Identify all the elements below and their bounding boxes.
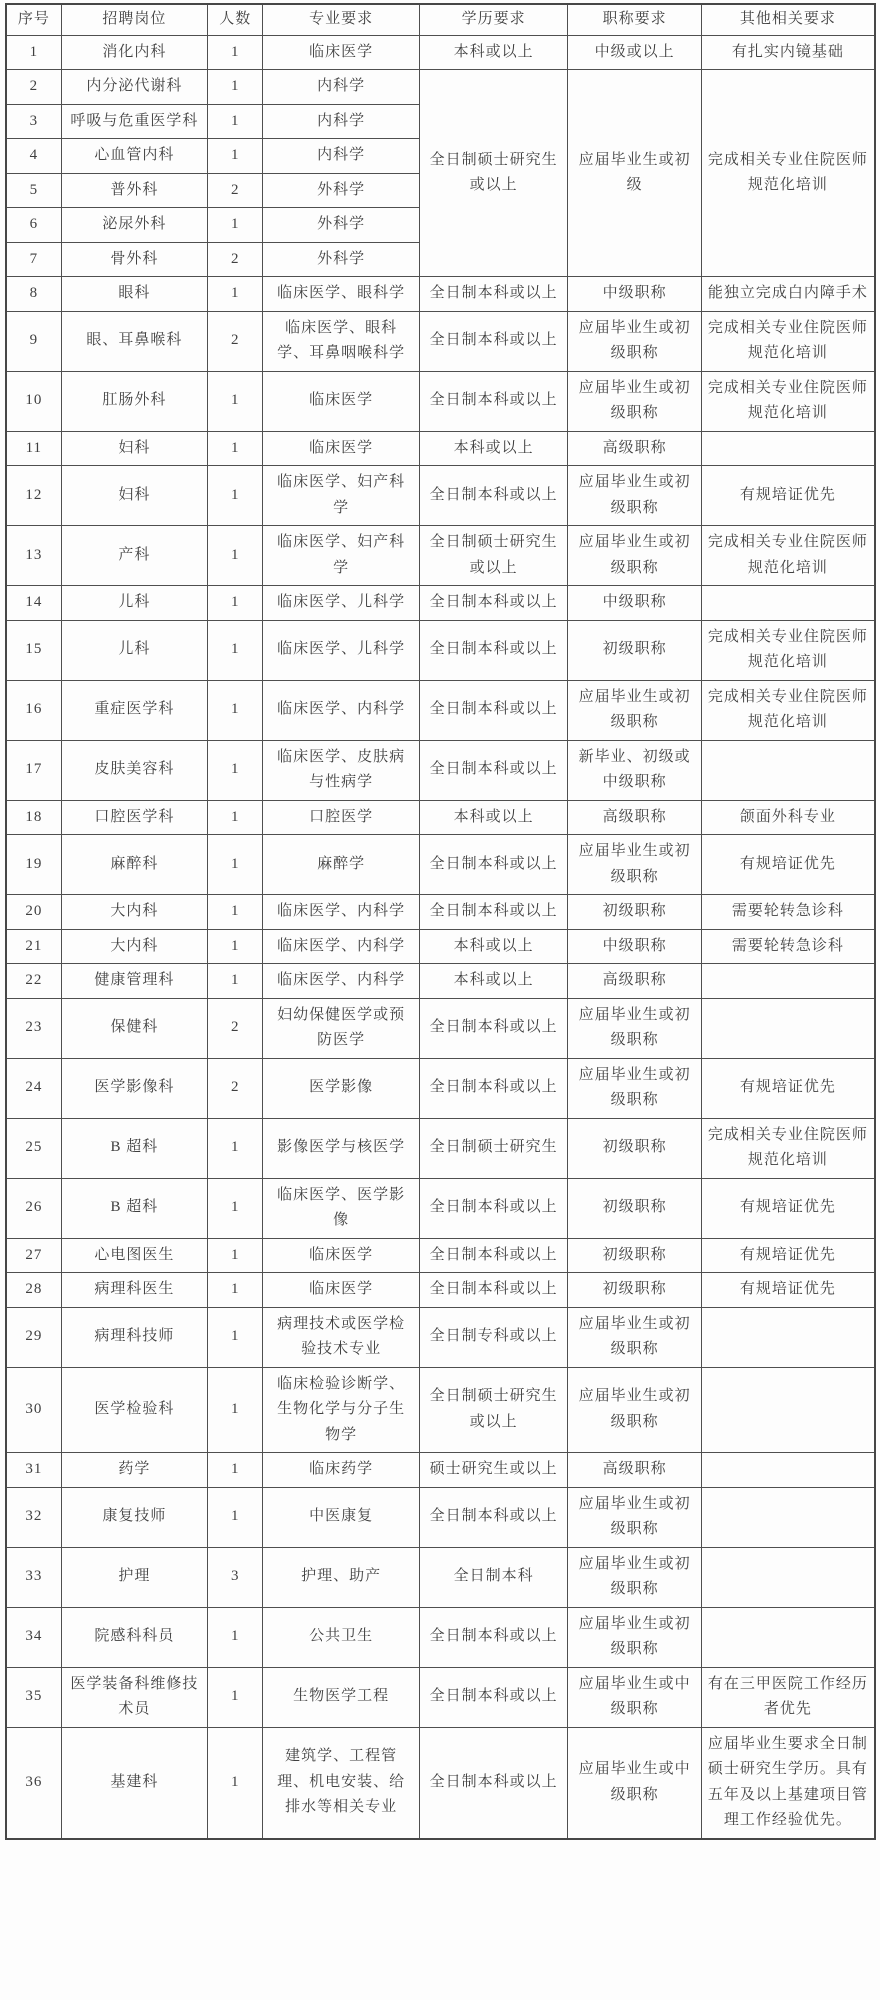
cell-education: 全日制本科或以上: [419, 1487, 568, 1547]
table-row: 34院感科科员1公共卫生全日制本科或以上应届毕业生或初级职称: [6, 1607, 875, 1667]
cell-major: 内科学: [263, 139, 420, 174]
cell-education: 全日制本科或以上: [419, 1727, 568, 1839]
cell-education: 全日制本科或以上: [419, 371, 568, 431]
cell-other: [701, 1367, 875, 1453]
cell-no: 25: [6, 1118, 61, 1178]
cell-position: 健康管理科: [61, 964, 208, 999]
cell-other: 完成相关专业住院医师规范化培训: [701, 526, 875, 586]
cell-count: 1: [208, 1727, 263, 1839]
cell-education: 全日制本科或以上: [419, 1058, 568, 1118]
cell-position: 康复技师: [61, 1487, 208, 1547]
cell-no: 7: [6, 242, 61, 277]
cell-title: 高级职称: [568, 1453, 701, 1488]
table-row: 9眼、耳鼻喉科2临床医学、眼科学、耳鼻咽喉科学全日制本科或以上应届毕业生或初级职…: [6, 311, 875, 371]
cell-education: 本科或以上: [419, 964, 568, 999]
cell-position: 内分泌代谢科: [61, 70, 208, 105]
cell-count: 2: [208, 311, 263, 371]
cell-no: 8: [6, 277, 61, 312]
table-row: 25B 超科1影像医学与核医学全日制硕士研究生初级职称完成相关专业住院医师规范化…: [6, 1118, 875, 1178]
cell-major: 临床医学、医学影像: [263, 1178, 420, 1238]
col-header-other: 其他相关要求: [701, 4, 875, 35]
cell-title: 应届毕业生或初级职称: [568, 311, 701, 371]
cell-major: 临床医学、妇产科学: [263, 526, 420, 586]
cell-position: 口腔医学科: [61, 800, 208, 835]
cell-position: 眼科: [61, 277, 208, 312]
cell-count: 1: [208, 371, 263, 431]
cell-title: 中级职称: [568, 586, 701, 621]
cell-position: 药学: [61, 1453, 208, 1488]
cell-count: 2: [208, 242, 263, 277]
cell-position: 皮肤美容科: [61, 740, 208, 800]
cell-title: 应届毕业生或初级职称: [568, 1367, 701, 1453]
col-header-major: 专业要求: [263, 4, 420, 35]
cell-title: 中级或以上: [568, 35, 701, 70]
table-row: 19麻醉科1麻醉学全日制本科或以上应届毕业生或初级职称有规培证优先: [6, 835, 875, 895]
table-row: 14儿科1临床医学、儿科学全日制本科或以上中级职称: [6, 586, 875, 621]
recruitment-table-page: 序号招聘岗位人数专业要求学历要求职称要求其他相关要求 1消化内科1临床医学本科或…: [0, 0, 880, 2000]
cell-major: 临床医学: [263, 1273, 420, 1308]
cell-count: 1: [208, 680, 263, 740]
cell-position: 泌尿外科: [61, 208, 208, 243]
table-row: 1消化内科1临床医学本科或以上中级或以上有扎实内镜基础: [6, 35, 875, 70]
table-row: 24医学影像科2医学影像全日制本科或以上应届毕业生或初级职称有规培证优先: [6, 1058, 875, 1118]
cell-no: 23: [6, 998, 61, 1058]
cell-education: 全日制本科或以上: [419, 998, 568, 1058]
table-row: 29病理科技师1病理技术或医学检验技术专业全日制专科或以上应届毕业生或初级职称: [6, 1307, 875, 1367]
cell-other: 应届毕业生要求全日制硕士研究生学历。具有五年及以上基建项目管理工作经验优先。: [701, 1727, 875, 1839]
cell-position: 大内科: [61, 929, 208, 964]
cell-title: 初级职称: [568, 1273, 701, 1308]
cell-count: 1: [208, 835, 263, 895]
cell-position: 心血管内科: [61, 139, 208, 174]
cell-title: 应届毕业生或初级职称: [568, 371, 701, 431]
table-row: 10肛肠外科1临床医学全日制本科或以上应届毕业生或初级职称完成相关专业住院医师规…: [6, 371, 875, 431]
cell-education: 全日制本科或以上: [419, 311, 568, 371]
cell-education: 全日制本科或以上: [419, 1178, 568, 1238]
cell-no: 30: [6, 1367, 61, 1453]
cell-major: 公共卫生: [263, 1607, 420, 1667]
cell-major: 病理技术或医学检验技术专业: [263, 1307, 420, 1367]
cell-major: 内科学: [263, 70, 420, 105]
cell-title: 应届毕业生或初级职称: [568, 1547, 701, 1607]
cell-position: 大内科: [61, 895, 208, 930]
cell-other: 完成相关专业住院医师规范化培训: [701, 1118, 875, 1178]
cell-position: 消化内科: [61, 35, 208, 70]
cell-count: 1: [208, 929, 263, 964]
cell-major: 外科学: [263, 208, 420, 243]
cell-count: 1: [208, 277, 263, 312]
cell-count: 2: [208, 1058, 263, 1118]
cell-other: [701, 586, 875, 621]
cell-count: 1: [208, 895, 263, 930]
cell-education: 全日制本科或以上: [419, 620, 568, 680]
col-header-position: 招聘岗位: [61, 4, 208, 35]
cell-count: 1: [208, 70, 263, 105]
cell-other: 有规培证优先: [701, 1238, 875, 1273]
cell-other: 有规培证优先: [701, 835, 875, 895]
cell-no: 10: [6, 371, 61, 431]
cell-position: 儿科: [61, 620, 208, 680]
cell-title: 初级职称: [568, 895, 701, 930]
cell-no: 20: [6, 895, 61, 930]
cell-major: 内科学: [263, 104, 420, 139]
cell-count: 1: [208, 1367, 263, 1453]
cell-count: 1: [208, 35, 263, 70]
cell-no: 19: [6, 835, 61, 895]
cell-count: 1: [208, 208, 263, 243]
cell-no: 27: [6, 1238, 61, 1273]
cell-position: 保健科: [61, 998, 208, 1058]
cell-education: 全日制本科或以上: [419, 1238, 568, 1273]
col-header-count: 人数: [208, 4, 263, 35]
table-row: 31药学1临床药学硕士研究生或以上高级职称: [6, 1453, 875, 1488]
cell-education: 硕士研究生或以上: [419, 1453, 568, 1488]
cell-major: 口腔医学: [263, 800, 420, 835]
cell-other: 完成相关专业住院医师规范化培训: [701, 371, 875, 431]
cell-title: 应届毕业生或初级职称: [568, 835, 701, 895]
cell-other: [701, 431, 875, 466]
cell-no: 34: [6, 1607, 61, 1667]
cell-other: 完成相关专业住院医师规范化培训: [701, 70, 875, 277]
table-row: 13产科1临床医学、妇产科学全日制硕士研究生或以上应届毕业生或初级职称完成相关专…: [6, 526, 875, 586]
cell-title: 应届毕业生或中级职称: [568, 1727, 701, 1839]
cell-other: [701, 998, 875, 1058]
cell-title: 应届毕业生或初级职称: [568, 1607, 701, 1667]
cell-count: 1: [208, 431, 263, 466]
cell-title: 应届毕业生或初级: [568, 70, 701, 277]
cell-position: 院感科科员: [61, 1607, 208, 1667]
cell-no: 4: [6, 139, 61, 174]
cell-major: 临床药学: [263, 1453, 420, 1488]
cell-count: 1: [208, 800, 263, 835]
cell-count: 2: [208, 998, 263, 1058]
cell-education: 全日制硕士研究生或以上: [419, 70, 568, 277]
cell-major: 临床医学、内科学: [263, 680, 420, 740]
cell-education: 全日制硕士研究生: [419, 1118, 568, 1178]
header-row: 序号招聘岗位人数专业要求学历要求职称要求其他相关要求: [6, 4, 875, 35]
cell-position: 医学装备科维修技术员: [61, 1667, 208, 1727]
table-row: 20大内科1临床医学、内科学全日制本科或以上初级职称需要轮转急诊科: [6, 895, 875, 930]
cell-education: 全日制本科或以上: [419, 277, 568, 312]
cell-no: 22: [6, 964, 61, 999]
cell-major: 临床医学、妇产科学: [263, 466, 420, 526]
cell-major: 临床医学、内科学: [263, 895, 420, 930]
table-row: 21大内科1临床医学、内科学本科或以上中级职称需要轮转急诊科: [6, 929, 875, 964]
table-row: 18口腔医学科1口腔医学本科或以上高级职称颌面外科专业: [6, 800, 875, 835]
cell-other: [701, 1547, 875, 1607]
cell-other: 有规培证优先: [701, 466, 875, 526]
cell-position: 重症医学科: [61, 680, 208, 740]
table-row: 8眼科1临床医学、眼科学全日制本科或以上中级职称能独立完成白内障手术: [6, 277, 875, 312]
cell-title: 应届毕业生或初级职称: [568, 466, 701, 526]
recruitment-table: 序号招聘岗位人数专业要求学历要求职称要求其他相关要求 1消化内科1临床医学本科或…: [5, 3, 876, 1840]
cell-no: 24: [6, 1058, 61, 1118]
cell-count: 1: [208, 620, 263, 680]
cell-count: 1: [208, 139, 263, 174]
cell-no: 33: [6, 1547, 61, 1607]
cell-major: 妇幼保健医学或预防医学: [263, 998, 420, 1058]
cell-title: 中级职称: [568, 277, 701, 312]
cell-count: 1: [208, 1667, 263, 1727]
cell-title: 应届毕业生或初级职称: [568, 1058, 701, 1118]
cell-position: 医学影像科: [61, 1058, 208, 1118]
cell-title: 中级职称: [568, 929, 701, 964]
cell-education: 本科或以上: [419, 929, 568, 964]
table-row: 23保健科2妇幼保健医学或预防医学全日制本科或以上应届毕业生或初级职称: [6, 998, 875, 1058]
cell-no: 12: [6, 466, 61, 526]
cell-position: 心电图医生: [61, 1238, 208, 1273]
cell-title: 应届毕业生或初级职称: [568, 1307, 701, 1367]
cell-education: 全日制本科或以上: [419, 680, 568, 740]
cell-education: 本科或以上: [419, 800, 568, 835]
cell-count: 1: [208, 1453, 263, 1488]
cell-position: 病理科医生: [61, 1273, 208, 1308]
cell-major: 临床医学、皮肤病与性病学: [263, 740, 420, 800]
cell-no: 13: [6, 526, 61, 586]
cell-count: 1: [208, 1307, 263, 1367]
cell-count: 1: [208, 1238, 263, 1273]
cell-no: 18: [6, 800, 61, 835]
cell-no: 2: [6, 70, 61, 105]
cell-other: [701, 740, 875, 800]
cell-major: 护理、助产: [263, 1547, 420, 1607]
cell-position: B 超科: [61, 1178, 208, 1238]
cell-title: 应届毕业生或初级职称: [568, 680, 701, 740]
cell-education: 全日制本科: [419, 1547, 568, 1607]
cell-no: 35: [6, 1667, 61, 1727]
table-row: 27心电图医生1临床医学全日制本科或以上初级职称有规培证优先: [6, 1238, 875, 1273]
cell-education: 全日制本科或以上: [419, 1273, 568, 1308]
cell-other: 颌面外科专业: [701, 800, 875, 835]
cell-other: 有规培证优先: [701, 1058, 875, 1118]
cell-major: 临床医学、儿科学: [263, 586, 420, 621]
table-row: 30医学检验科1临床检验诊断学、生物化学与分子生物学全日制硕士研究生或以上应届毕…: [6, 1367, 875, 1453]
cell-other: 完成相关专业住院医师规范化培训: [701, 680, 875, 740]
cell-education: 全日制本科或以上: [419, 466, 568, 526]
cell-major: 临床检验诊断学、生物化学与分子生物学: [263, 1367, 420, 1453]
cell-title: 应届毕业生或中级职称: [568, 1667, 701, 1727]
cell-position: 麻醉科: [61, 835, 208, 895]
table-row: 16重症医学科1临床医学、内科学全日制本科或以上应届毕业生或初级职称完成相关专业…: [6, 680, 875, 740]
cell-other: [701, 1487, 875, 1547]
cell-other: [701, 1307, 875, 1367]
cell-position: 妇科: [61, 431, 208, 466]
cell-major: 影像医学与核医学: [263, 1118, 420, 1178]
cell-no: 9: [6, 311, 61, 371]
table-row: 32康复技师1中医康复全日制本科或以上应届毕业生或初级职称: [6, 1487, 875, 1547]
table-row: 35医学装备科维修技术员1生物医学工程全日制本科或以上应届毕业生或中级职称有在三…: [6, 1667, 875, 1727]
cell-no: 31: [6, 1453, 61, 1488]
cell-education: 全日制本科或以上: [419, 895, 568, 930]
cell-count: 1: [208, 1178, 263, 1238]
cell-count: 1: [208, 1118, 263, 1178]
cell-major: 外科学: [263, 173, 420, 208]
cell-position: 肛肠外科: [61, 371, 208, 431]
cell-position: 骨外科: [61, 242, 208, 277]
cell-position: 产科: [61, 526, 208, 586]
cell-other: 有在三甲医院工作经历者优先: [701, 1667, 875, 1727]
cell-education: 全日制硕士研究生或以上: [419, 1367, 568, 1453]
table-row: 36基建科1建筑学、工程管理、机电安装、给排水等相关专业全日制本科或以上应届毕业…: [6, 1727, 875, 1839]
table-row: 17皮肤美容科1临床医学、皮肤病与性病学全日制本科或以上新毕业、初级或中级职称: [6, 740, 875, 800]
cell-other: 有规培证优先: [701, 1178, 875, 1238]
cell-other: 有规培证优先: [701, 1273, 875, 1308]
col-header-title: 职称要求: [568, 4, 701, 35]
cell-major: 外科学: [263, 242, 420, 277]
table-row: 22健康管理科1临床医学、内科学本科或以上高级职称: [6, 964, 875, 999]
cell-other: 需要轮转急诊科: [701, 929, 875, 964]
cell-other: 需要轮转急诊科: [701, 895, 875, 930]
cell-count: 1: [208, 466, 263, 526]
cell-education: 全日制本科或以上: [419, 1667, 568, 1727]
cell-no: 3: [6, 104, 61, 139]
cell-major: 生物医学工程: [263, 1667, 420, 1727]
cell-major: 医学影像: [263, 1058, 420, 1118]
cell-position: 医学检验科: [61, 1367, 208, 1453]
cell-title: 应届毕业生或初级职称: [568, 1487, 701, 1547]
cell-education: 全日制本科或以上: [419, 586, 568, 621]
table-header: 序号招聘岗位人数专业要求学历要求职称要求其他相关要求: [6, 4, 875, 35]
cell-no: 16: [6, 680, 61, 740]
cell-major: 临床医学: [263, 431, 420, 466]
col-header-no: 序号: [6, 4, 61, 35]
cell-count: 1: [208, 526, 263, 586]
cell-count: 1: [208, 1273, 263, 1308]
cell-education: 全日制硕士研究生或以上: [419, 526, 568, 586]
cell-major: 临床医学、内科学: [263, 964, 420, 999]
cell-major: 临床医学、眼科学、耳鼻咽喉科学: [263, 311, 420, 371]
cell-position: 眼、耳鼻喉科: [61, 311, 208, 371]
cell-position: 护理: [61, 1547, 208, 1607]
cell-position: 基建科: [61, 1727, 208, 1839]
table-row: 26B 超科1临床医学、医学影像全日制本科或以上初级职称有规培证优先: [6, 1178, 875, 1238]
cell-title: 高级职称: [568, 964, 701, 999]
cell-other: [701, 1607, 875, 1667]
cell-no: 17: [6, 740, 61, 800]
cell-count: 1: [208, 964, 263, 999]
cell-title: 应届毕业生或初级职称: [568, 998, 701, 1058]
cell-education: 全日制本科或以上: [419, 740, 568, 800]
cell-education: 全日制本科或以上: [419, 835, 568, 895]
cell-major: 麻醉学: [263, 835, 420, 895]
cell-count: 1: [208, 104, 263, 139]
cell-position: 儿科: [61, 586, 208, 621]
cell-count: 1: [208, 740, 263, 800]
cell-no: 29: [6, 1307, 61, 1367]
cell-position: B 超科: [61, 1118, 208, 1178]
cell-title: 初级职称: [568, 1238, 701, 1273]
cell-title: 新毕业、初级或中级职称: [568, 740, 701, 800]
cell-title: 初级职称: [568, 1178, 701, 1238]
cell-other: [701, 964, 875, 999]
cell-position: 普外科: [61, 173, 208, 208]
cell-major: 临床医学: [263, 371, 420, 431]
cell-count: 3: [208, 1547, 263, 1607]
cell-other: 有扎实内镜基础: [701, 35, 875, 70]
cell-position: 妇科: [61, 466, 208, 526]
cell-count: 2: [208, 173, 263, 208]
cell-no: 28: [6, 1273, 61, 1308]
cell-no: 26: [6, 1178, 61, 1238]
cell-no: 15: [6, 620, 61, 680]
cell-no: 36: [6, 1727, 61, 1839]
table-row: 11妇科1临床医学本科或以上高级职称: [6, 431, 875, 466]
cell-count: 1: [208, 586, 263, 621]
cell-position: 病理科技师: [61, 1307, 208, 1367]
table-row: 28病理科医生1临床医学全日制本科或以上初级职称有规培证优先: [6, 1273, 875, 1308]
cell-other: [701, 1453, 875, 1488]
cell-title: 高级职称: [568, 431, 701, 466]
table-row: 33护理3护理、助产全日制本科应届毕业生或初级职称: [6, 1547, 875, 1607]
cell-major: 中医康复: [263, 1487, 420, 1547]
cell-no: 32: [6, 1487, 61, 1547]
cell-education: 本科或以上: [419, 35, 568, 70]
cell-other: 完成相关专业住院医师规范化培训: [701, 311, 875, 371]
cell-major: 建筑学、工程管理、机电安装、给排水等相关专业: [263, 1727, 420, 1839]
table-body: 1消化内科1临床医学本科或以上中级或以上有扎实内镜基础2内分泌代谢科1内科学全日…: [6, 35, 875, 1839]
cell-count: 1: [208, 1487, 263, 1547]
cell-education: 全日制本科或以上: [419, 1607, 568, 1667]
cell-education: 全日制专科或以上: [419, 1307, 568, 1367]
cell-no: 21: [6, 929, 61, 964]
cell-no: 1: [6, 35, 61, 70]
cell-major: 临床医学: [263, 35, 420, 70]
col-header-education: 学历要求: [419, 4, 568, 35]
cell-title: 高级职称: [568, 800, 701, 835]
table-row: 15儿科1临床医学、儿科学全日制本科或以上初级职称完成相关专业住院医师规范化培训: [6, 620, 875, 680]
cell-education: 本科或以上: [419, 431, 568, 466]
cell-major: 临床医学、儿科学: [263, 620, 420, 680]
cell-major: 临床医学、内科学: [263, 929, 420, 964]
cell-title: 应届毕业生或初级职称: [568, 526, 701, 586]
cell-title: 初级职称: [568, 620, 701, 680]
cell-major: 临床医学、眼科学: [263, 277, 420, 312]
cell-other: 完成相关专业住院医师规范化培训: [701, 620, 875, 680]
cell-no: 5: [6, 173, 61, 208]
cell-other: 能独立完成白内障手术: [701, 277, 875, 312]
table-row: 2内分泌代谢科1内科学全日制硕士研究生或以上应届毕业生或初级完成相关专业住院医师…: [6, 70, 875, 105]
cell-no: 11: [6, 431, 61, 466]
cell-title: 初级职称: [568, 1118, 701, 1178]
cell-count: 1: [208, 1607, 263, 1667]
cell-major: 临床医学: [263, 1238, 420, 1273]
table-row: 12妇科1临床医学、妇产科学全日制本科或以上应届毕业生或初级职称有规培证优先: [6, 466, 875, 526]
cell-position: 呼吸与危重医学科: [61, 104, 208, 139]
cell-no: 14: [6, 586, 61, 621]
cell-no: 6: [6, 208, 61, 243]
